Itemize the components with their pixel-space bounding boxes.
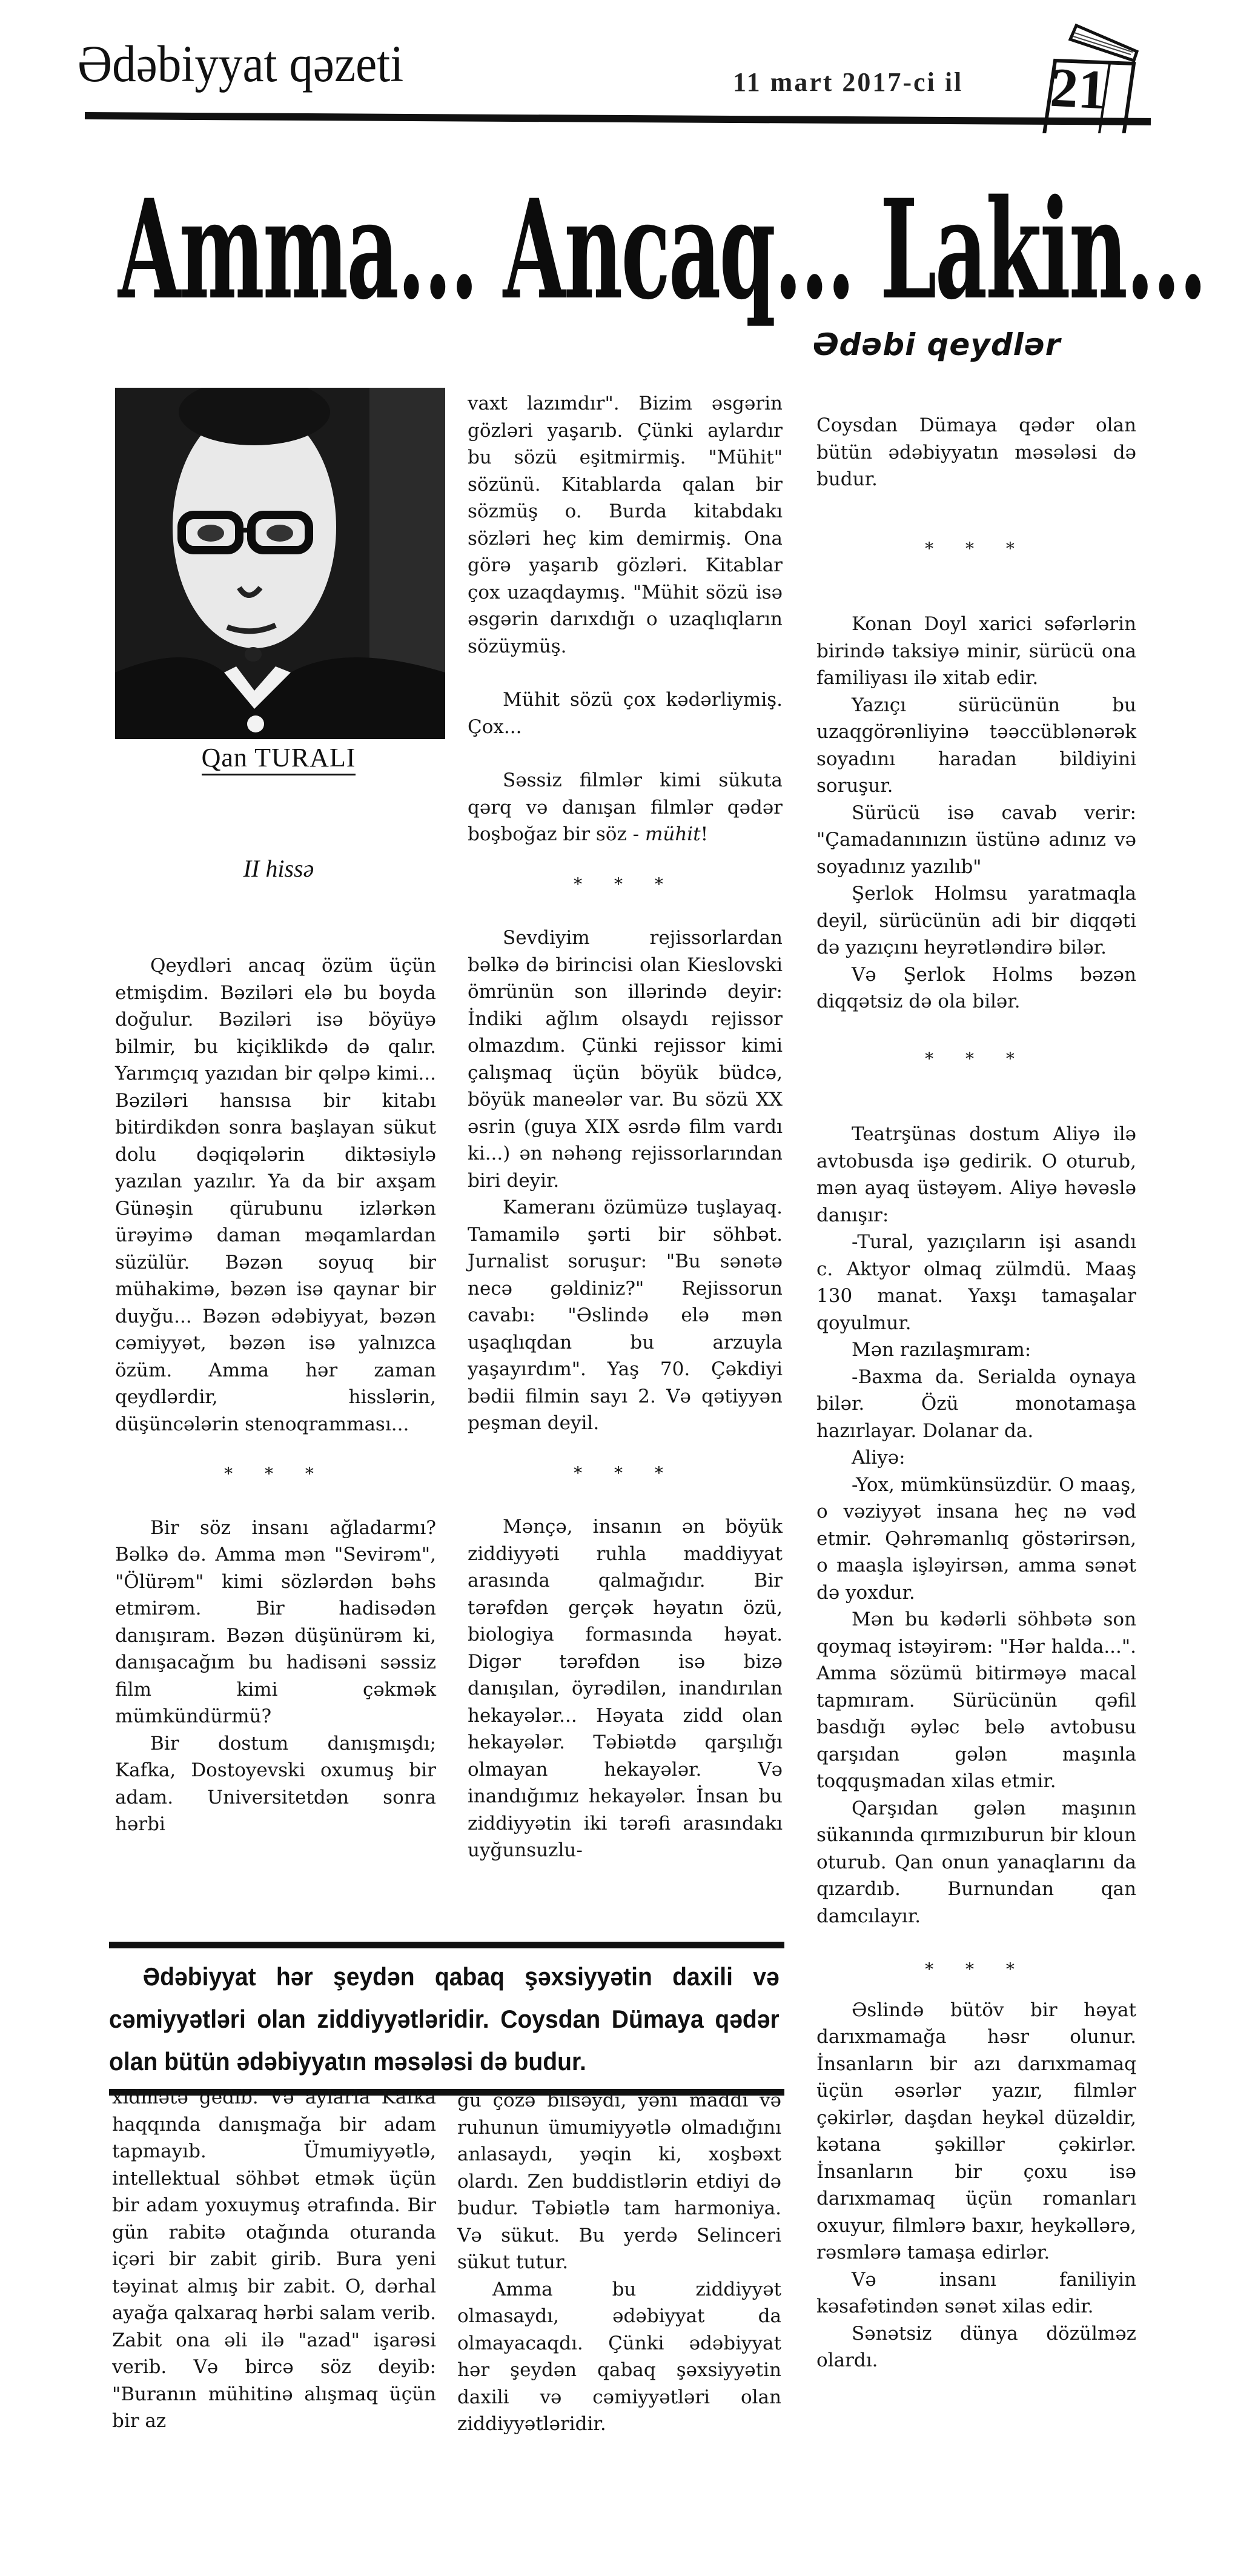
newspaper-title: Ədəbiyyat qəzeti xyxy=(78,38,403,90)
masthead-divider xyxy=(85,112,1151,125)
portrait-image xyxy=(115,388,445,739)
emphasis-word: mühit xyxy=(645,823,701,845)
part-label: II hissə xyxy=(109,854,448,883)
page-number-badge: 21 xyxy=(1037,18,1146,133)
paragraph: Coysdan Dümaya qədər olan bütün ədəbiyya… xyxy=(816,412,1136,493)
paragraph: Sevdiyim rejissorlardan bəlkə də birinci… xyxy=(468,925,783,1194)
paragraph: Amma bu ziddiyyət olmasaydı, ədəbiyyat d… xyxy=(457,2276,781,2438)
paragraph: Kameranı özümüzə tuşlayaq. Tamamilə şərt… xyxy=(468,1194,783,1437)
paragraph: Mən razılaşmıram: xyxy=(816,1336,1136,1364)
article-subheading: Ədəbi qeydlər xyxy=(813,327,1061,362)
section-separator: * * * xyxy=(468,871,783,898)
issue-date: 11 mart 2017-ci il xyxy=(733,67,963,98)
paragraph: Sürücü isə cavab verir: "Çamadanınızın ü… xyxy=(816,800,1136,881)
column-3: Coysdan Dümaya qədər olan bütün ədəbiyya… xyxy=(816,412,1136,2374)
page-number: 21 xyxy=(1049,59,1108,118)
paragraph: Yazıçı sürücünün bu uzaqgörənliyinə təəc… xyxy=(816,692,1136,800)
paragraph: xidmətə gedib. Və aylarla Kafka haqqında… xyxy=(112,2084,436,2435)
article-headline: Amma... Ancaq... Lakin... xyxy=(118,182,818,318)
author-photo xyxy=(115,388,445,739)
paragraph: Şerlok Holmsu yaratmaqla deyil, sürücünü… xyxy=(816,880,1136,961)
section-separator: * * * xyxy=(816,536,1136,563)
paragraph: Qeydləri ancaq özüm üçün etmişdim. Bəzil… xyxy=(115,952,436,1438)
section-separator: * * * xyxy=(816,1046,1136,1073)
paragraph: ğu çözə bilsəydi, yəni maddi və ruhunun … xyxy=(457,2087,781,2276)
column-1-continued: xidmətə gedib. Və aylarla Kafka haqqında… xyxy=(112,2084,436,2435)
column-2-continued: ğu çözə bilsəydi, yəni maddi və ruhunun … xyxy=(457,2087,781,2438)
paragraph: Sənətsiz dünya dözülməz olardı. xyxy=(816,2320,1136,2374)
paragraph: Səssiz filmlər kimi sükuta qərq və danış… xyxy=(468,767,783,848)
paragraph: -Baxma da. Serialda oynaya bilər. Özü mo… xyxy=(816,1364,1136,1445)
section-separator: * * * xyxy=(816,1956,1136,1983)
paragraph: Aliyə: xyxy=(816,1444,1136,1472)
paragraph: Əslində bütöv bir həyat darıxmamağa həsr… xyxy=(816,1997,1136,2266)
section-separator: * * * xyxy=(468,1460,783,1487)
paragraph: Konan Doyl xarici səfərlərin birində tak… xyxy=(816,611,1136,692)
paragraph: Qarşıdan gələn maşının sükanında qırmızı… xyxy=(816,1795,1136,1930)
paragraph: Mən bu kədərli söhbətə son qoymaq istəyi… xyxy=(816,1606,1136,1795)
pull-quote-text: Ədəbiyyat hər şeydən qabaq şəxsiyyətin d… xyxy=(109,1956,780,2083)
paragraph: Bir dostum danışmışdı; Kafka, Dostoyevsk… xyxy=(115,1730,436,1838)
paragraph: vaxt lazımdır". Bizim əsgərin gözləri ya… xyxy=(468,390,783,660)
section-separator: * * * xyxy=(115,1461,436,1488)
paragraph: Mənçə, insanın ən böyük ziddiyyəti ruhla… xyxy=(468,1513,783,1864)
paragraph: Və Şerlok Holms bəzən diqqətsiz də ola b… xyxy=(816,961,1136,1015)
paragraph: Bir söz insanı ağladarmı? Bəlkə də. Amma… xyxy=(115,1515,436,1730)
paragraph: -Yox, mümkünsüzdür. O maaş, o vəziyyət i… xyxy=(816,1472,1136,1607)
column-1: Qeydləri ancaq özüm üçün etmişdim. Bəzil… xyxy=(115,952,436,1838)
column-2: vaxt lazımdır". Bizim əsgərin gözləri ya… xyxy=(468,390,783,1864)
paragraph: Və insanı faniliyin kəsafətindən sənət x… xyxy=(816,2266,1136,2320)
author-byline: Qan TURALI xyxy=(109,742,448,773)
pull-quote: Ədəbiyyat hər şeydən qabaq şəxsiyyətin d… xyxy=(109,1942,784,2096)
paragraph: -Tural, yazıçıların işi asandı c. Aktyor… xyxy=(816,1229,1136,1336)
author-name: Qan TURALI xyxy=(202,743,356,775)
paragraph: Teatrşünas dostum Aliyə ilə avtobusda iş… xyxy=(816,1121,1136,1229)
paragraph: Mühit sözü çox kədərliymiş. Çox... xyxy=(468,686,783,740)
